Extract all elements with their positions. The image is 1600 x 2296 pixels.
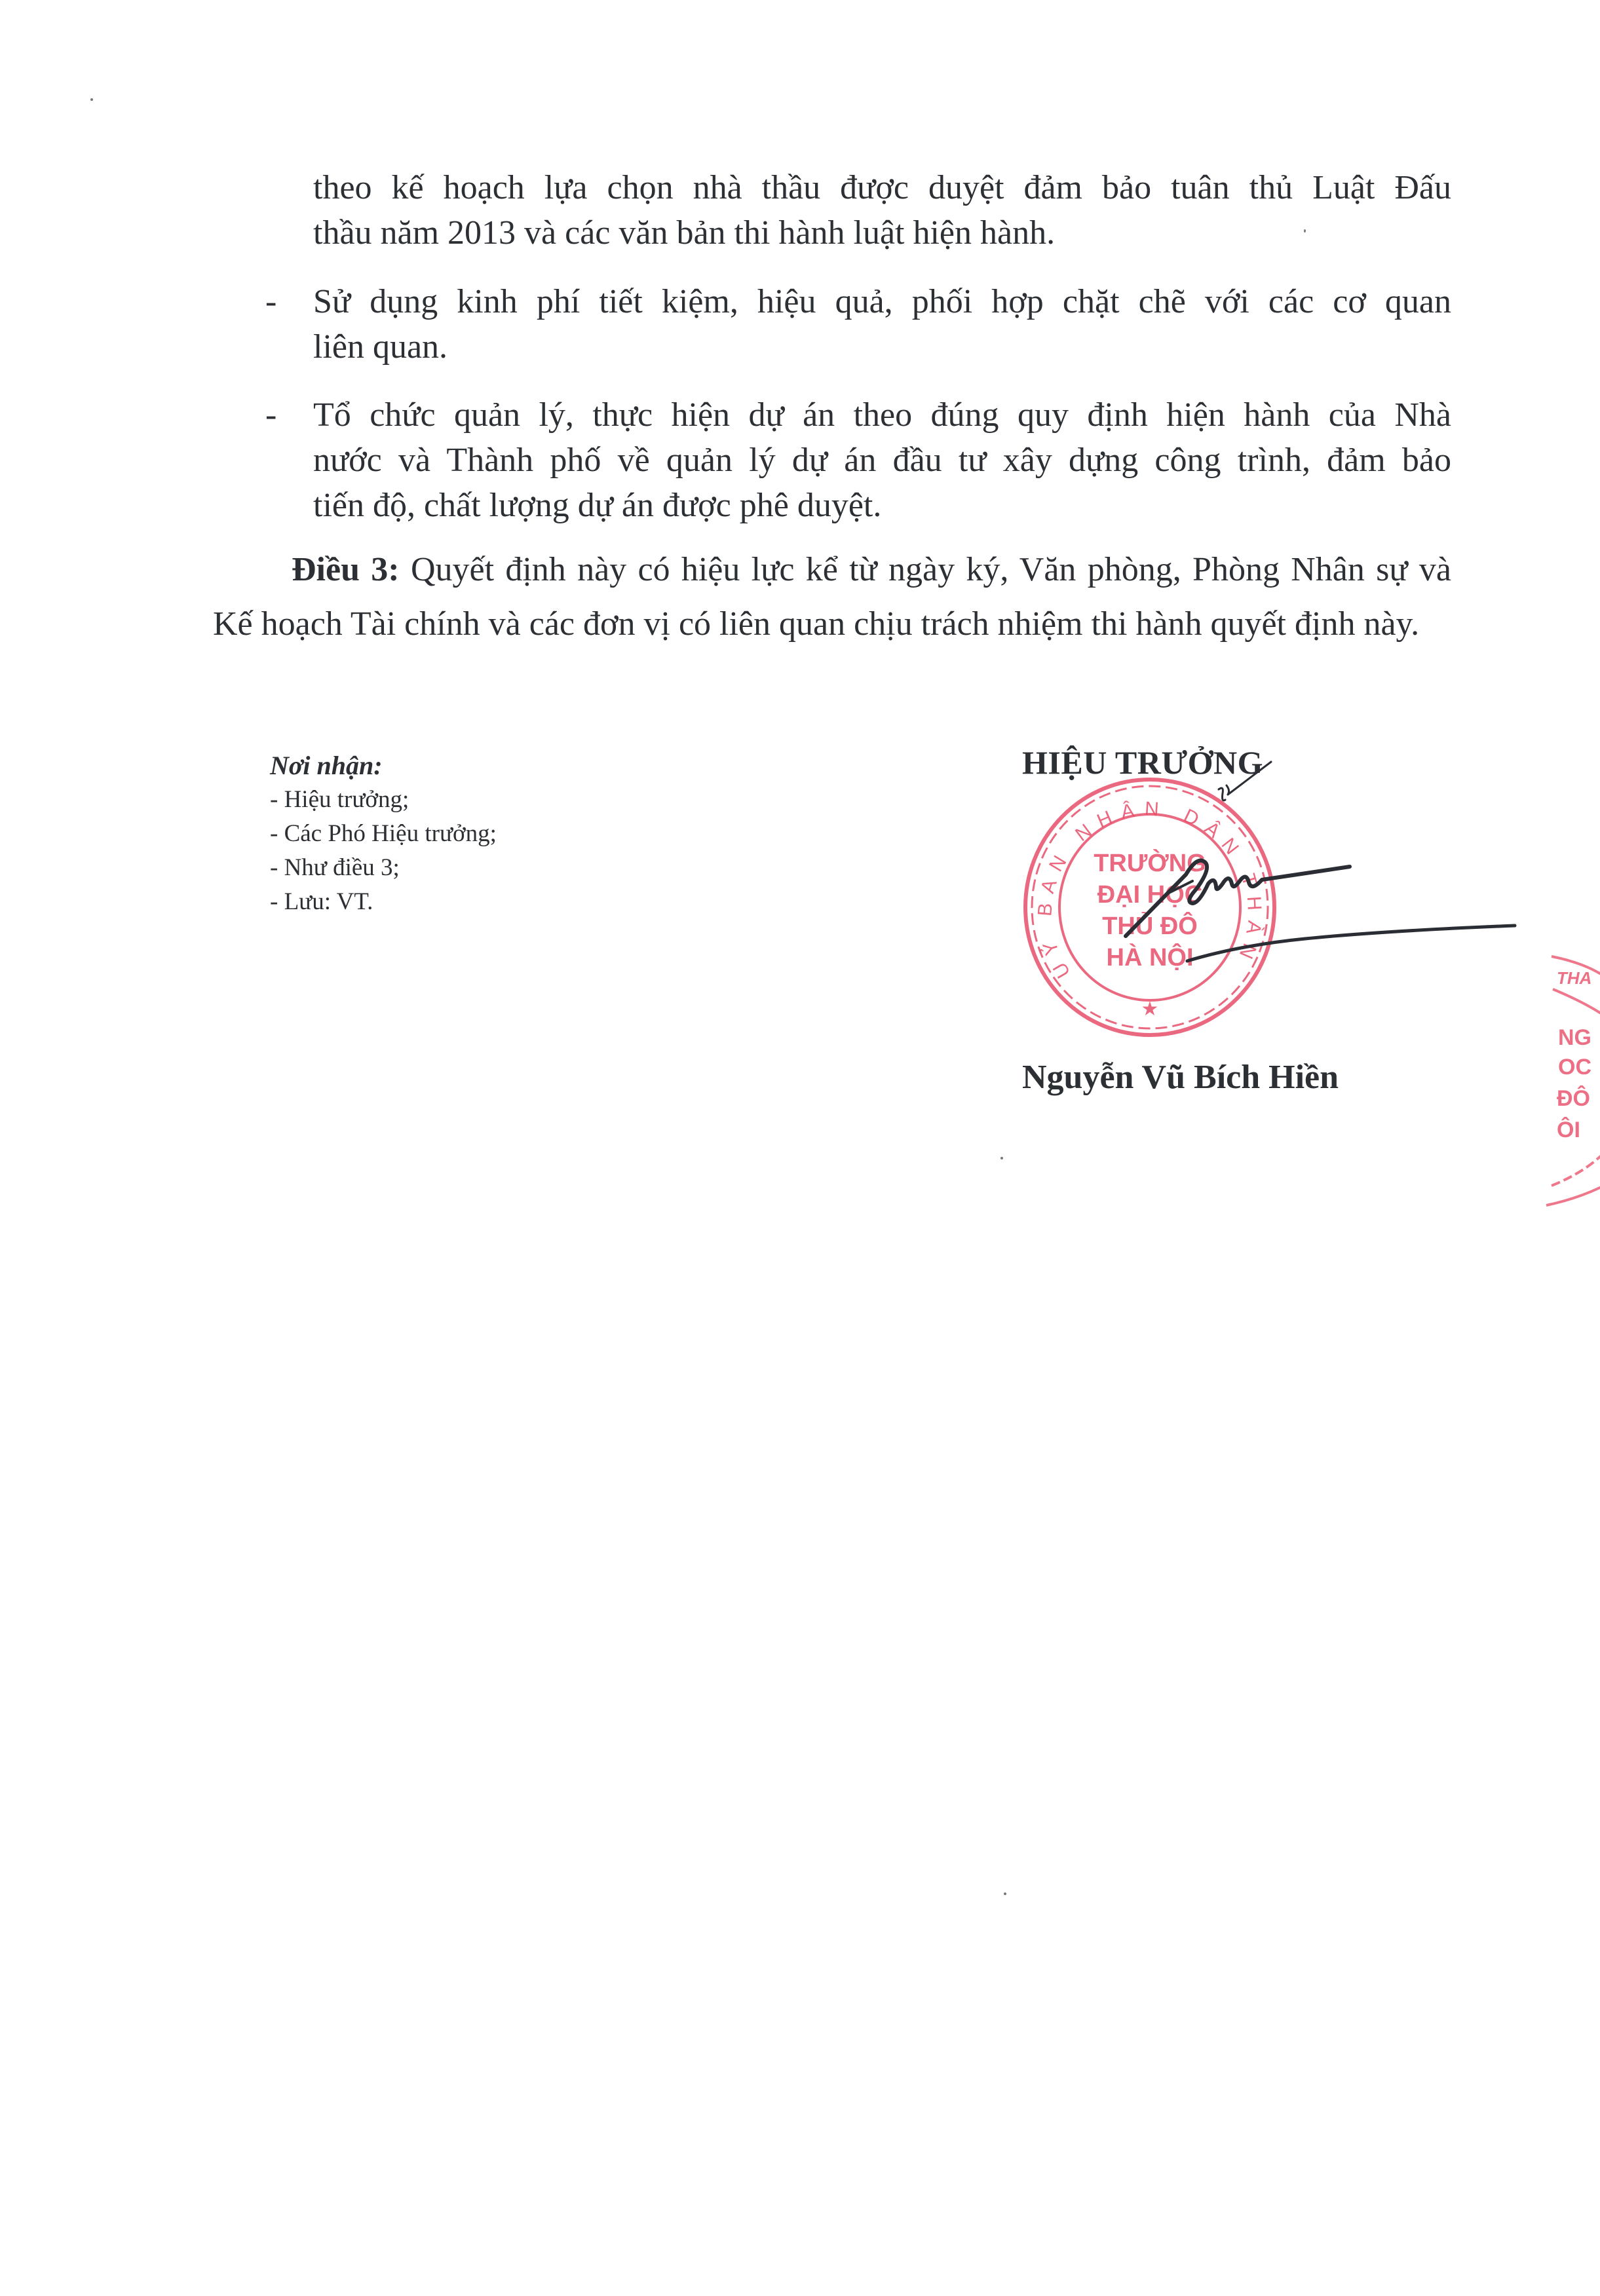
article-label: Điều 3: [292, 551, 400, 588]
partial-seal-fragment: NG [1558, 1025, 1591, 1050]
text-line: thầu năm 2013 và các văn bản thi hành lu… [313, 210, 1451, 255]
bullet-dash: - [265, 392, 276, 438]
recipients-title: Nơi nhận: [270, 749, 497, 783]
recipient-item: - Như điều 3; [270, 851, 497, 885]
text-line: tiến độ, chất lượng dự án được phê duyệt… [313, 483, 1451, 528]
signer-name: Nguyễn Vũ Bích Hiền [1022, 1058, 1339, 1097]
scan-speck [90, 98, 93, 101]
article-3: Điều 3: Quyết định này có hiệu lực kể từ… [213, 542, 1451, 651]
document-page: theo kế hoạch lựa chọn nhà thầu được duy… [0, 0, 1600, 2296]
recipient-item: - Các Phó Hiệu trưởng; [270, 817, 497, 851]
text-line: nước và Thành phố về quản lý dự án đầu t… [313, 438, 1451, 483]
partial-seal-fragment: THA [1557, 968, 1591, 988]
recipient-item: - Hiệu trưởng; [270, 783, 497, 817]
text-line: Sử dụng kinh phí tiết kiệm, hiệu quả, ph… [313, 279, 1451, 324]
scan-speck [1004, 1892, 1006, 1895]
partial-seal-fragment: ÔI [1557, 1117, 1580, 1142]
scan-speck [1000, 1157, 1003, 1159]
partial-seal-icon: THA NG OC ĐÔ ÔI [1545, 937, 1600, 1225]
text-line: Tổ chức quản lý, thực hiện dự án theo đú… [313, 392, 1451, 438]
recipients-block: Nơi nhận: - Hiệu trưởng; - Các Phó Hiệu … [270, 749, 497, 919]
bullet-dash: - [265, 279, 276, 324]
partial-seal-fragment: ĐÔ [1557, 1085, 1590, 1111]
recipient-item: - Lưu: VT. [270, 885, 497, 919]
text-line: liên quan. [313, 324, 1451, 369]
partial-seal-fragment: OC [1558, 1055, 1591, 1080]
handwritten-signature-icon [983, 730, 1527, 1006]
text-line: theo kế hoạch lựa chọn nhà thầu được duy… [313, 165, 1451, 210]
